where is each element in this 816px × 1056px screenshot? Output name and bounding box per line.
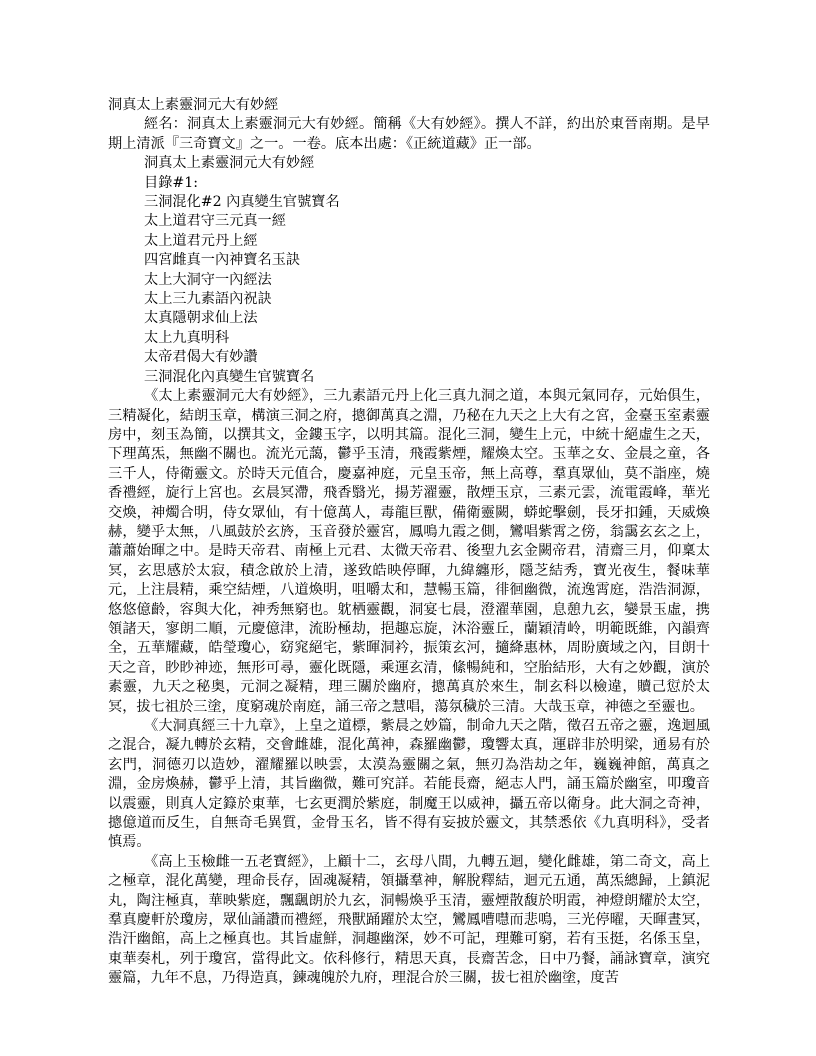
- toc-item: 太真隱朝求仙上法: [108, 309, 710, 328]
- toc-item: 太上道君守三元真一經: [108, 212, 710, 231]
- toc-item: 太上三九素語內祝訣: [108, 290, 710, 309]
- toc-item: 太上大洞守一內經法: [108, 271, 710, 290]
- toc-item: 四宮雌真一內神寶名玉訣: [108, 251, 710, 270]
- body-paragraph: 《大洞真經三十九章》，上皇之道標，紫晨之妙篇，制命九天之階，徵召五帝之靈，逸迴風…: [108, 717, 710, 853]
- body-paragraph: 《太上素靈洞元大有妙經》，三九素語元丹上化三真九洞之道，本與元氣同存，元始俱生，…: [108, 387, 710, 717]
- document-page: 洞真太上素靈洞元大有妙經 經名：洞真太上素靈洞元大有妙經。簡稱《大有妙經》。撰人…: [108, 96, 710, 989]
- toc-label: 目錄#1:: [108, 174, 710, 193]
- body-paragraph: 《高上玉檢雌一五老寶經》，上顧十二，玄母八間，九轉五迴，變化雌雄，第二奇文，高上…: [108, 853, 710, 989]
- document-title: 洞真太上素靈洞元大有妙經: [108, 96, 710, 115]
- table-of-contents: 三洞混化#2 內真變生官號寶名 太上道君守三元真一經 太上道君元丹上經 四宮雌真…: [108, 193, 710, 387]
- intro-paragraph: 經名：洞真太上素靈洞元大有妙經。簡稱《大有妙經》。撰人不詳，約出於東晉南期。是早…: [108, 115, 710, 154]
- toc-item: 太帝君偈大有妙讚: [108, 348, 710, 367]
- toc-item: 三洞混化#2 內真變生官號寶名: [108, 193, 710, 212]
- toc-item: 太上九真明科: [108, 329, 710, 348]
- document-subtitle: 洞真太上素靈洞元大有妙經: [108, 154, 710, 173]
- toc-item: 太上道君元丹上經: [108, 232, 710, 251]
- toc-item: 三洞混化內真變生官號寶名: [108, 368, 710, 387]
